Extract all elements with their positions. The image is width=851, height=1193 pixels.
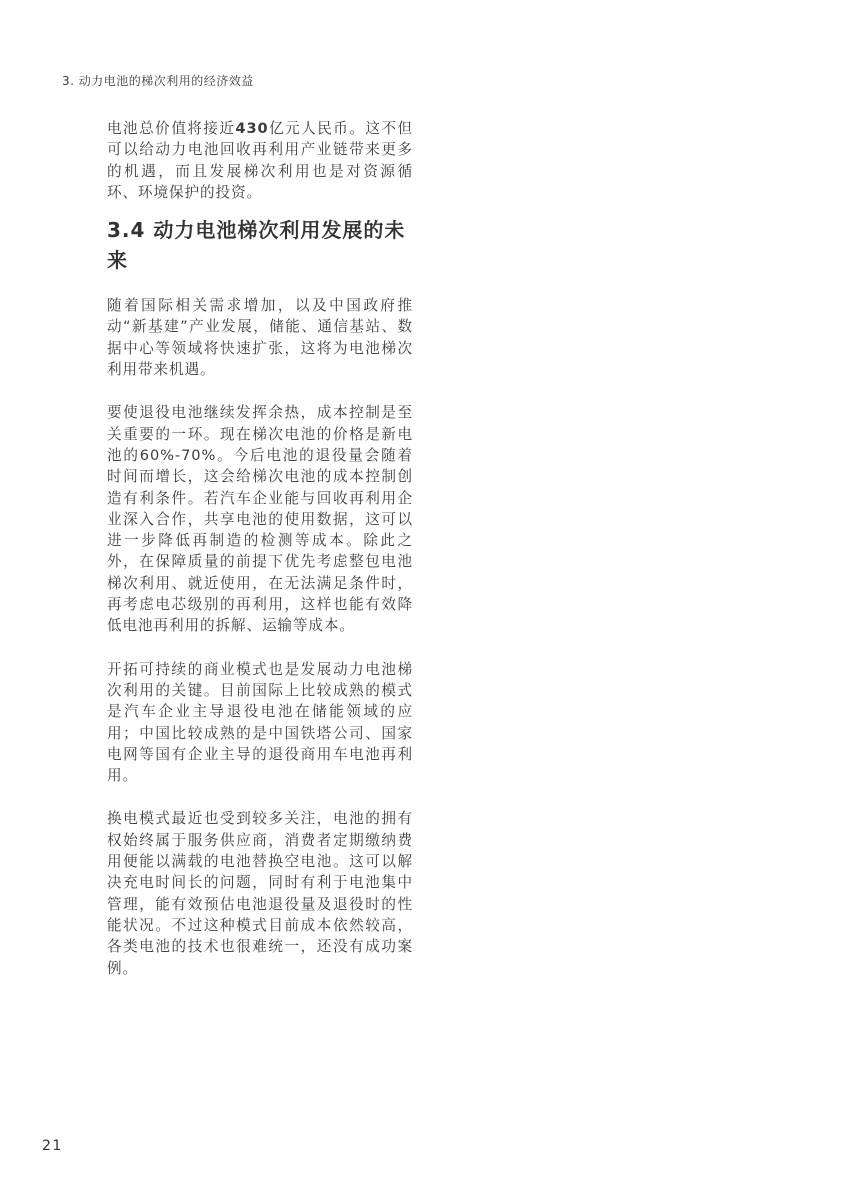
intro-paragraph: 电池总价值将接近430亿元人民币。这不但可以给动力电池回收再利用产业链带来更多的… [107, 118, 413, 203]
section-paragraph-2: 要使退役电池继续发挥余热，成本控制是至关重要的一环。现在梯次电池的价格是新电池的… [107, 402, 413, 636]
section-paragraph-3: 开拓可持续的商业模式也是发展动力电池梯次利用的关键。目前国际上比较成熟的模式是汽… [107, 659, 413, 787]
section-heading: 3.4 动力电池梯次利用发展的未来 [107, 215, 413, 275]
section-paragraph-1: 随着国际相关需求增加，以及中国政府推动“新基建”产业发展，储能、通信基站、数据中… [107, 295, 413, 380]
page-content: 电池总价值将接近430亿元人民币。这不但可以给动力电池回收再利用产业链带来更多的… [107, 118, 413, 979]
intro-text-before: 电池总价值将接近 [107, 120, 235, 137]
intro-highlight-value: 430 [235, 120, 268, 137]
page-number: 21 [42, 1138, 63, 1154]
section-paragraph-4: 换电模式最近也受到较多关注，电池的拥有权始终属于服务供应商，消费者定期缴纳费用便… [107, 808, 413, 978]
running-header: 3. 动力电池的梯次利用的经济效益 [62, 72, 254, 89]
